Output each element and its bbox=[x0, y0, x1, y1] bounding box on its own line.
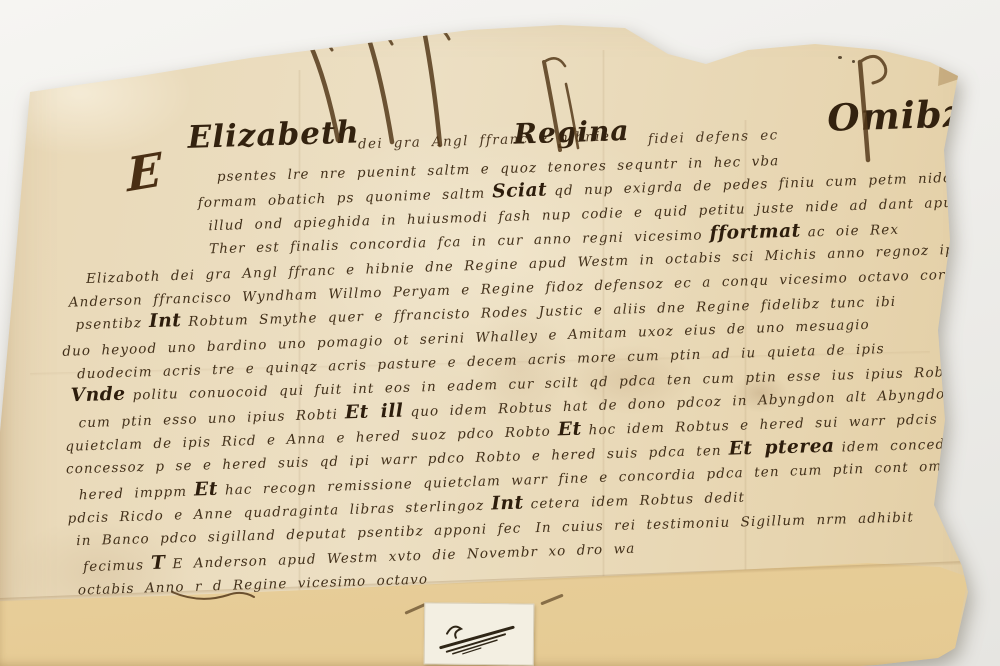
heading-ad-quos: ad quos bbox=[967, 117, 1000, 135]
parchment-shadow: E Elizabeth dei gra Angl ffranc e hibnie… bbox=[0, 0, 1000, 666]
line-initial-word: Et bbox=[558, 419, 582, 441]
line-initial-word bbox=[979, 237, 980, 258]
line-initial-word bbox=[786, 149, 787, 170]
photo-backdrop: E Elizabeth dei gra Angl ffranc e hibnie… bbox=[0, 0, 1000, 666]
line-initial-word: Int bbox=[149, 310, 182, 332]
line-initial-word: ffortmat bbox=[709, 221, 801, 245]
line-initial-word bbox=[891, 337, 892, 358]
line-text: cetera idem Robtus dedit bbox=[530, 490, 745, 513]
heading-fidei-defensor: fidei defens ec bbox=[648, 127, 779, 147]
heading-word-regina: Regina bbox=[513, 114, 630, 151]
line-initial-word: Vnde bbox=[70, 384, 125, 407]
line-text: idem conced e warr bbox=[841, 435, 1000, 456]
line-text bbox=[898, 341, 899, 357]
line-initial-word: Et ill bbox=[345, 400, 404, 423]
line-text: psentibz bbox=[75, 315, 142, 333]
line-text: ac oie Rex bbox=[808, 222, 900, 241]
manuscript-text-block: E Elizabeth dei gra Angl ffranc e hibnie… bbox=[55, 90, 975, 602]
line-initial-word bbox=[528, 516, 529, 537]
heading-word-elizabeth: Elizabeth bbox=[187, 114, 360, 155]
line-initial-word: Sciat bbox=[492, 180, 548, 203]
line-text bbox=[883, 316, 884, 332]
line-initial-word: Et bbox=[194, 479, 218, 501]
turned-corner-fold bbox=[938, 60, 962, 86]
ink-scribble-icon bbox=[425, 603, 534, 664]
ink-speck bbox=[852, 60, 855, 63]
line-text bbox=[986, 241, 987, 257]
line-text: fecimus bbox=[83, 557, 145, 575]
line-initial-word: Int bbox=[491, 492, 524, 514]
vellum-deed: E Elizabeth dei gra Angl ffranc e hibnie… bbox=[0, 0, 1000, 666]
heading-word-omnibus: Omibz bbox=[827, 91, 966, 139]
line-text: hered imppm bbox=[79, 484, 188, 504]
line-initial-word: Et pterea bbox=[728, 436, 834, 460]
ink-speck bbox=[838, 56, 842, 59]
docket-label bbox=[424, 602, 535, 665]
line-initial-word bbox=[876, 313, 877, 334]
line-initial-word: T bbox=[151, 553, 166, 574]
